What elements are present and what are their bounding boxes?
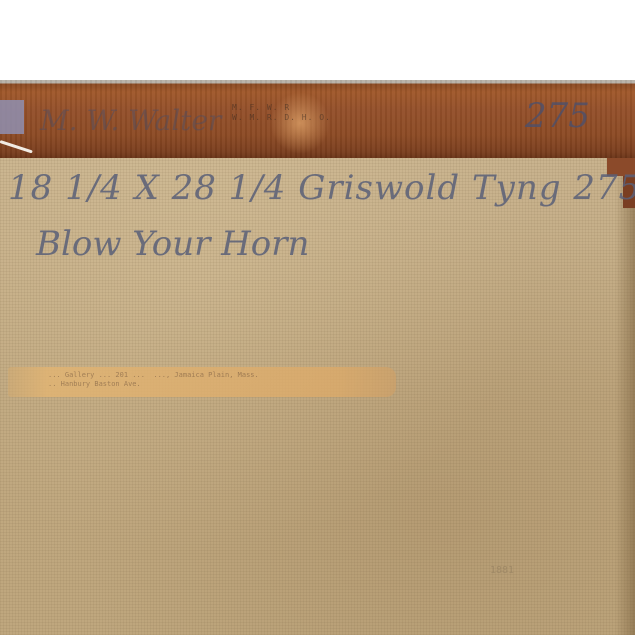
pencil-inscription-dimensions-artist: 18 1/4 X 28 1/4 Griswold Tyng 275: [8, 168, 635, 208]
white-background: [0, 0, 635, 80]
stretcher-pencil-faint: M. W. Walter: [40, 104, 221, 137]
faint-canvas-mark: 1881: [490, 565, 514, 576]
canvas-edge-shadow: [615, 175, 635, 635]
pencil-inscription-title: Blow Your Horn: [36, 224, 309, 264]
typed-label-text: ... Gallery ... 201 ... ..., Jamaica Pla…: [48, 371, 259, 389]
stretcher-pencil-number: 275: [525, 96, 590, 136]
worn-wood-patch: [270, 92, 330, 154]
stretcher-stamp: M. F. W. R W. M. R. D. H. O.: [232, 103, 331, 123]
paper-sticker-fragment: [0, 100, 24, 134]
